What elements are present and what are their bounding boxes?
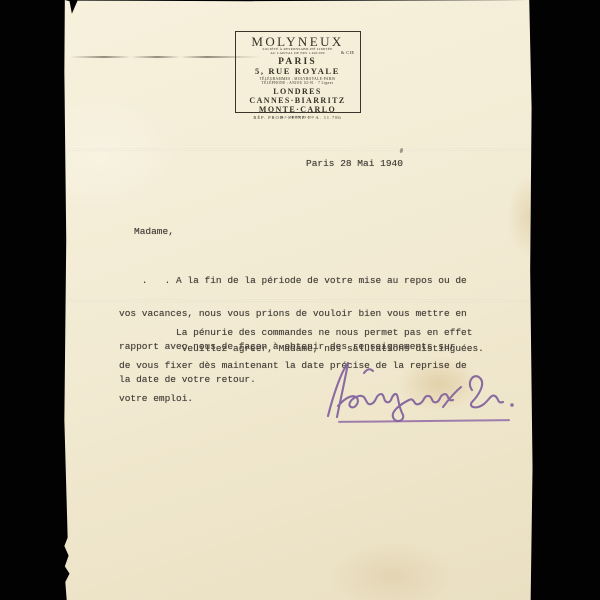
company-suffix: & CIE [341, 50, 355, 55]
signature-ink [324, 360, 524, 422]
pencil-mark [70, 56, 260, 58]
photo-background: MOLYNEUX SOCIÉTÉ À RESPONSABILITÉ LIMITÉ… [0, 0, 600, 600]
fold-crease [62, 148, 533, 151]
closing-line: Veuillez agréer, Madame, nos salutations… [119, 343, 484, 354]
rep-prod-line: RÉP. PROD. SEINE C. A. 11.786 [253, 115, 341, 120]
branch-londres: LONDRES [236, 87, 360, 96]
dateline: Paris 28 Mai 1940 [306, 158, 403, 169]
letterhead-box: MOLYNEUX SOCIÉTÉ À RESPONSABILITÉ LIMITÉ… [235, 31, 361, 113]
body-line: La pénurie des commandes ne nous permet … [119, 327, 472, 338]
branch-cannes-biarritz: CANNES·BIARRITZ [236, 96, 360, 105]
telephone-line: TÉLÉPHONE : ANJOU 02-91 · 7 Lignes [236, 81, 360, 85]
ink-speck [399, 148, 403, 154]
salutation: Madame, [134, 226, 174, 237]
letterhead-address: 5, RUE ROYALE [236, 67, 360, 77]
body-line: . . A la fin de la période de votre mise… [119, 275, 467, 286]
letter-paper: MOLYNEUX SOCIÉTÉ À RESPONSABILITÉ LIMITÉ… [62, 0, 533, 600]
signature-svg [324, 360, 524, 422]
branch-monte-carlo: MONTE·CARLO [236, 105, 360, 114]
